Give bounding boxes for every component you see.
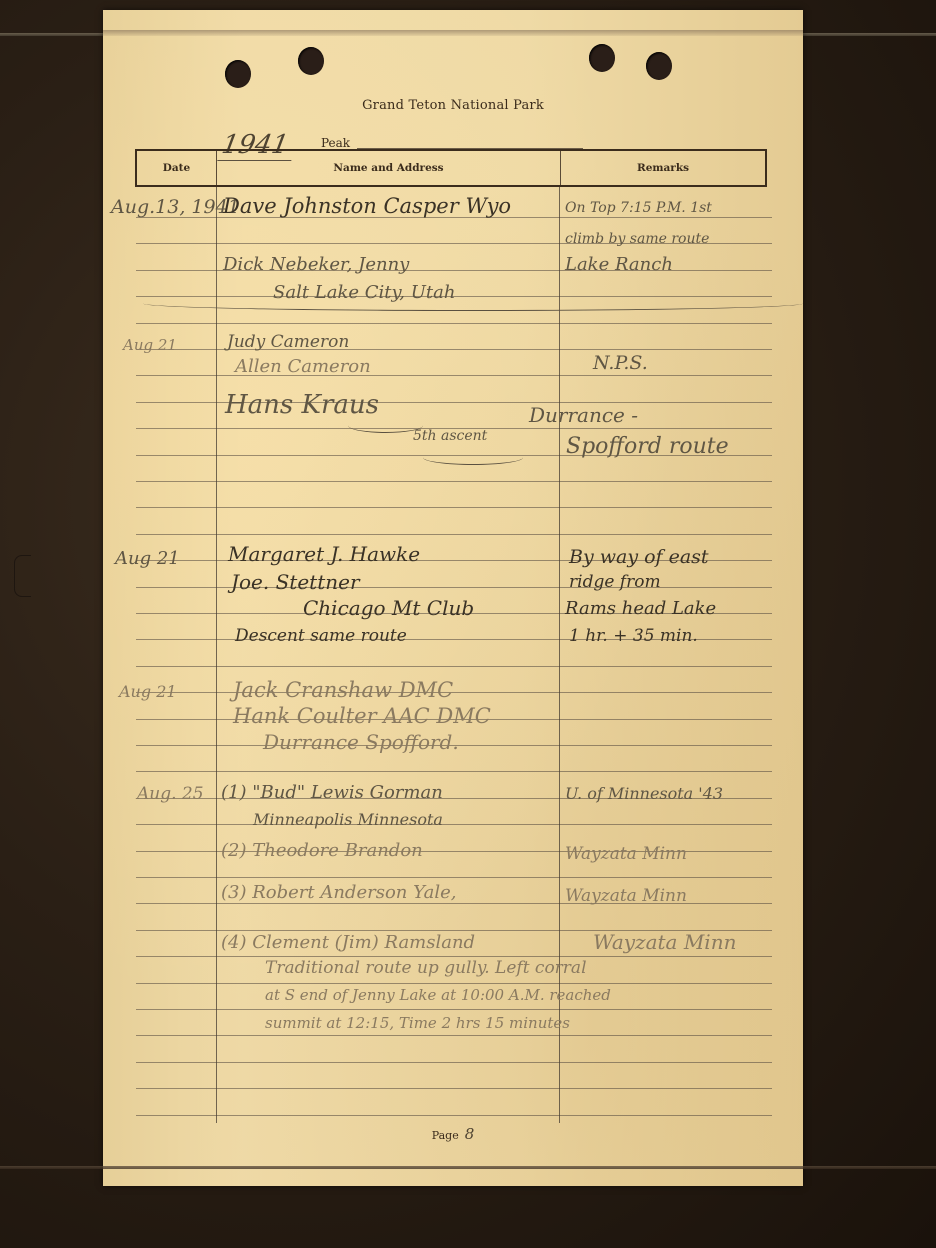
ruled-line bbox=[136, 1009, 772, 1010]
column-header-date: Date bbox=[137, 151, 217, 185]
entry-note: Descent same route bbox=[235, 626, 407, 646]
entry-remarks: climb by same route bbox=[565, 231, 709, 247]
entry-name: (4) Clement (Jim) Ramsland bbox=[221, 932, 475, 953]
underline-mark bbox=[348, 418, 423, 433]
ruled-line bbox=[136, 1062, 772, 1063]
entry-date: Aug. 25 bbox=[137, 784, 204, 804]
ruled-line bbox=[136, 375, 772, 376]
punch-hole bbox=[646, 52, 672, 80]
entry-date: Aug 21 bbox=[119, 682, 177, 701]
entry-date: Aug 21 bbox=[115, 548, 180, 569]
entry-name: Jack Cranshaw DMC bbox=[233, 678, 453, 702]
entry-name: (3) Robert Anderson Yale, bbox=[221, 882, 456, 903]
entry-remarks: U. of Minnesota '43 bbox=[565, 784, 723, 803]
table-header: Date Name and Address Remarks bbox=[135, 149, 767, 187]
ruled-line bbox=[136, 1035, 772, 1036]
punch-hole bbox=[225, 60, 251, 88]
entry-name: Hans Kraus bbox=[225, 390, 379, 420]
entry-note: Durrance Spofford. bbox=[263, 730, 459, 754]
entry-remarks: By way of east bbox=[569, 546, 709, 568]
entry-note: 5th ascent bbox=[413, 428, 487, 444]
entry-name: Hank Coulter AAC DMC bbox=[233, 704, 491, 728]
ruled-line bbox=[136, 877, 772, 878]
entry-remarks: Wayzata Minn bbox=[565, 844, 687, 864]
background-mark bbox=[14, 555, 31, 597]
entry-note: at S end of Jenny Lake at 10:00 A.M. rea… bbox=[265, 986, 611, 1004]
entry-name: Chicago Mt Club bbox=[303, 596, 474, 620]
entry-remarks: On Top 7:15 P.M. 1st bbox=[565, 200, 712, 216]
column-header-name: Name and Address bbox=[217, 151, 561, 185]
ruled-line bbox=[136, 507, 772, 508]
entry-name: Joe. Stettner bbox=[231, 570, 360, 594]
ruled-line bbox=[136, 534, 772, 535]
column-divider bbox=[559, 187, 560, 1123]
ruled-line bbox=[136, 481, 772, 482]
ruled-line bbox=[136, 771, 772, 772]
page-label: Page bbox=[432, 1129, 459, 1142]
entry-date: Aug 21 bbox=[123, 336, 177, 354]
punch-hole bbox=[589, 44, 615, 72]
column-divider bbox=[216, 187, 217, 1123]
entry-separator bbox=[143, 296, 803, 311]
entry-name: Allen Cameron bbox=[235, 356, 371, 377]
ruled-line bbox=[136, 692, 772, 693]
ruled-line bbox=[136, 323, 772, 324]
punch-hole bbox=[298, 47, 324, 75]
entry-note: Traditional route up gully. Left corral bbox=[265, 958, 587, 978]
ruled-line bbox=[136, 1115, 772, 1116]
entry-name: Dick Nebeker, Jenny bbox=[223, 254, 409, 275]
underline-mark bbox=[423, 450, 523, 465]
entry-remarks: Wayzata Minn bbox=[565, 886, 687, 906]
entry-name: Margaret J. Hawke bbox=[228, 542, 420, 566]
form-title: Grand Teton National Park bbox=[103, 98, 803, 113]
entry-remarks: Rams head Lake bbox=[565, 598, 716, 619]
register-page: Grand Teton National Park 1941 Peak Date… bbox=[103, 10, 803, 1186]
peak-label: Peak bbox=[321, 136, 350, 150]
entry-remarks: Wayzata Minn bbox=[593, 930, 736, 954]
entry-note: summit at 12:15, Time 2 hrs 15 minutes bbox=[265, 1014, 570, 1032]
entry-name: (1) "Bud" Lewis Gorman bbox=[221, 782, 443, 803]
entry-date: Aug.13, 1941 bbox=[111, 196, 240, 218]
entry-remarks: N.P.S. bbox=[593, 352, 648, 374]
ruled-line bbox=[136, 666, 772, 667]
entry-remarks: 1 hr. + 35 min. bbox=[569, 626, 698, 646]
entry-remarks: Lake Ranch bbox=[565, 254, 673, 275]
entry-remarks: Durrance - bbox=[529, 403, 638, 427]
column-header-remarks: Remarks bbox=[561, 151, 765, 185]
entry-remarks: ridge from bbox=[569, 572, 661, 592]
glass-edge-bottom bbox=[0, 1166, 936, 1169]
entry-name: Minneapolis Minnesota bbox=[253, 810, 443, 829]
ruled-line bbox=[136, 1088, 772, 1089]
ruled-line bbox=[136, 983, 772, 984]
entry-remarks: Spofford route bbox=[566, 434, 729, 459]
page-number: 8 bbox=[465, 1125, 475, 1143]
page-footer: Page8 bbox=[103, 1125, 803, 1143]
entry-name: Judy Cameron bbox=[227, 332, 349, 352]
ruled-line bbox=[136, 824, 772, 825]
entry-name: Dave Johnston Casper Wyo bbox=[223, 194, 511, 218]
entry-name: (2) Theodore Brandon bbox=[221, 840, 423, 861]
